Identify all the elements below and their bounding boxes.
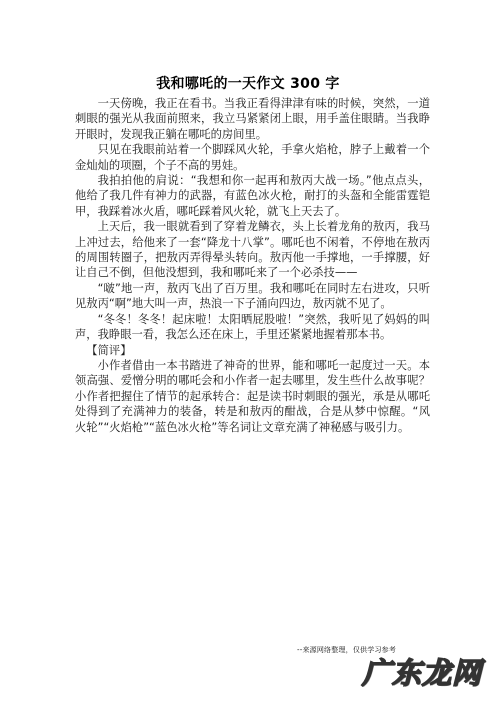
- review-paragraph: 小作者借由一本书踏进了神奇的世界，能和哪吒一起度过一天。本领高强、爱憎分明的哪吒…: [75, 358, 430, 435]
- document-page: 我和哪吒的一天作文 300 字 一天傍晚，我正在看书。当我正看得津津有味的时候，…: [0, 0, 496, 702]
- review-heading: 【简评】: [75, 343, 430, 358]
- essay-paragraph-6: “冬冬！冬冬！起床啦！太阳晒屁股啦！”突然，我听见了妈妈的叫声，我睁眼一看，我怎…: [75, 312, 430, 343]
- site-watermark: 广东龙网: [362, 656, 482, 690]
- essay-paragraph-3: 我拍拍他的肩说：“我想和你一起再和敖丙大战一场。”他点点头，他给了我几件有神力的…: [75, 173, 430, 219]
- essay-paragraph-5: “啵”地一声，敖丙飞出了百万里。我和哪吒在同时左右进攻，只听见敖丙“啊”地大叫一…: [75, 281, 430, 312]
- document-title: 我和哪吒的一天作文 300 字: [0, 75, 496, 93]
- source-note: --来源网络整理，仅供学习参考: [297, 646, 396, 655]
- essay-body: 一天傍晚，我正在看书。当我正看得津津有味的时候，突然，一道刺眼的强光从我面前照来…: [75, 96, 430, 435]
- essay-paragraph-1: 一天傍晚，我正在看书。当我正看得津津有味的时候，突然，一道刺眼的强光从我面前照来…: [75, 96, 430, 142]
- essay-paragraph-4: 上天后，我一眼就看到了穿着龙鳞衣，头上长着龙角的敖丙，我马上冲过去，给他来了一套…: [75, 219, 430, 281]
- essay-paragraph-2: 只见在我眼前站着一个脚踩风火轮，手拿火焰枪，脖子上戴着一个金灿灿的项圈，个子不高…: [75, 142, 430, 173]
